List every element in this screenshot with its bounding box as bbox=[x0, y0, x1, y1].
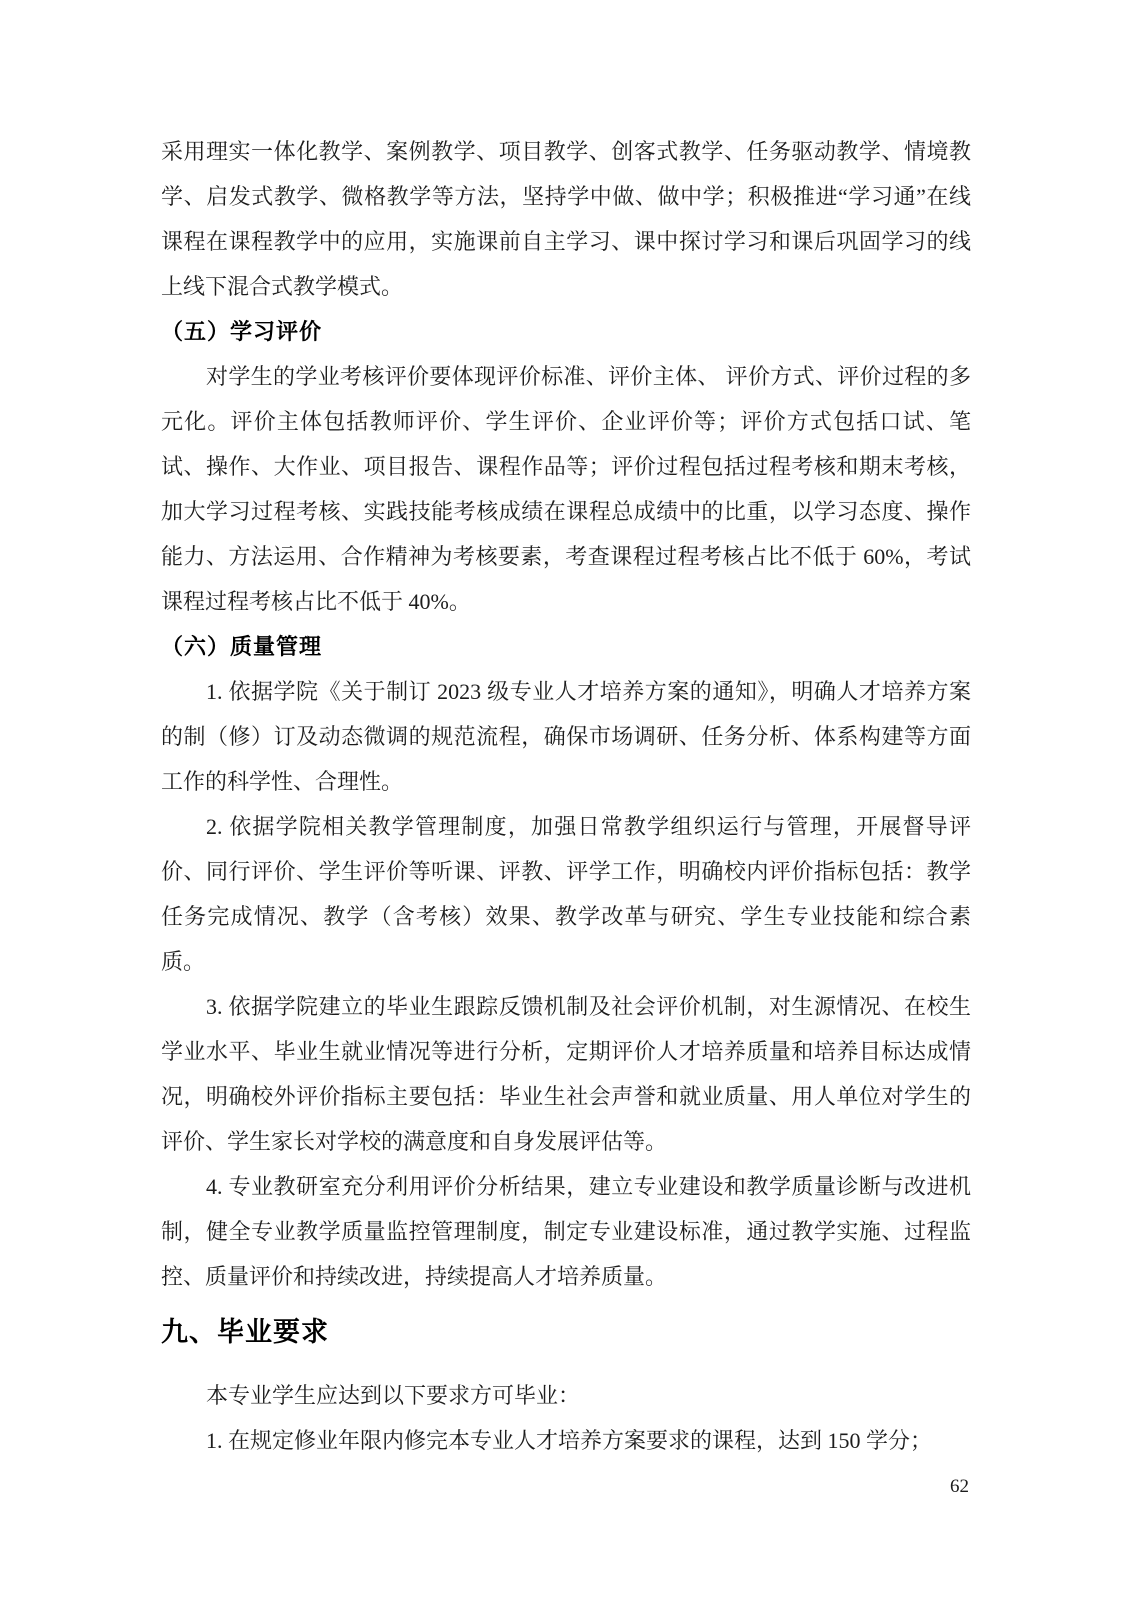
document-page: 采用理实一体化教学、案例教学、项目教学、创客式教学、任务驱动教学、情境教学、启发… bbox=[0, 0, 1131, 1600]
page-content: 采用理实一体化教学、案例教学、项目教学、创客式教学、任务驱动教学、情境教学、启发… bbox=[161, 129, 971, 1463]
page-number: 62 bbox=[950, 1476, 969, 1498]
paragraph-graduation-item-1: 1. 在规定修业年限内修完本专业人才培养方案要求的课程，达到 150 学分； bbox=[161, 1418, 971, 1463]
paragraph-teaching-methods: 采用理实一体化教学、案例教学、项目教学、创客式教学、任务驱动教学、情境教学、启发… bbox=[161, 129, 971, 309]
section-heading-quality-management: （六）质量管理 bbox=[161, 624, 971, 669]
paragraph-quality-item-3: 3. 依据学院建立的毕业生跟踪反馈机制及社会评价机制，对生源情况、在校生学业水平… bbox=[161, 984, 971, 1164]
paragraph-quality-item-4: 4. 专业教研室充分利用评价分析结果，建立专业建设和教学质量诊断与改进机制，健全… bbox=[161, 1164, 971, 1299]
chapter-heading-graduation-requirements: 九、毕业要求 bbox=[161, 1307, 971, 1357]
paragraph-learning-evaluation: 对学生的学业考核评价要体现评价标准、评价主体、 评价方式、评价过程的多元化。评价… bbox=[161, 354, 971, 624]
section-heading-learning-evaluation: （五）学习评价 bbox=[161, 309, 971, 354]
paragraph-quality-item-1: 1. 依据学院《关于制订 2023 级专业人才培养方案的通知》，明确人才培养方案… bbox=[161, 669, 971, 804]
paragraph-quality-item-2: 2. 依据学院相关教学管理制度，加强日常教学组织运行与管理，开展督导评价、同行评… bbox=[161, 804, 971, 984]
paragraph-graduation-intro: 本专业学生应达到以下要求方可毕业： bbox=[161, 1373, 971, 1418]
